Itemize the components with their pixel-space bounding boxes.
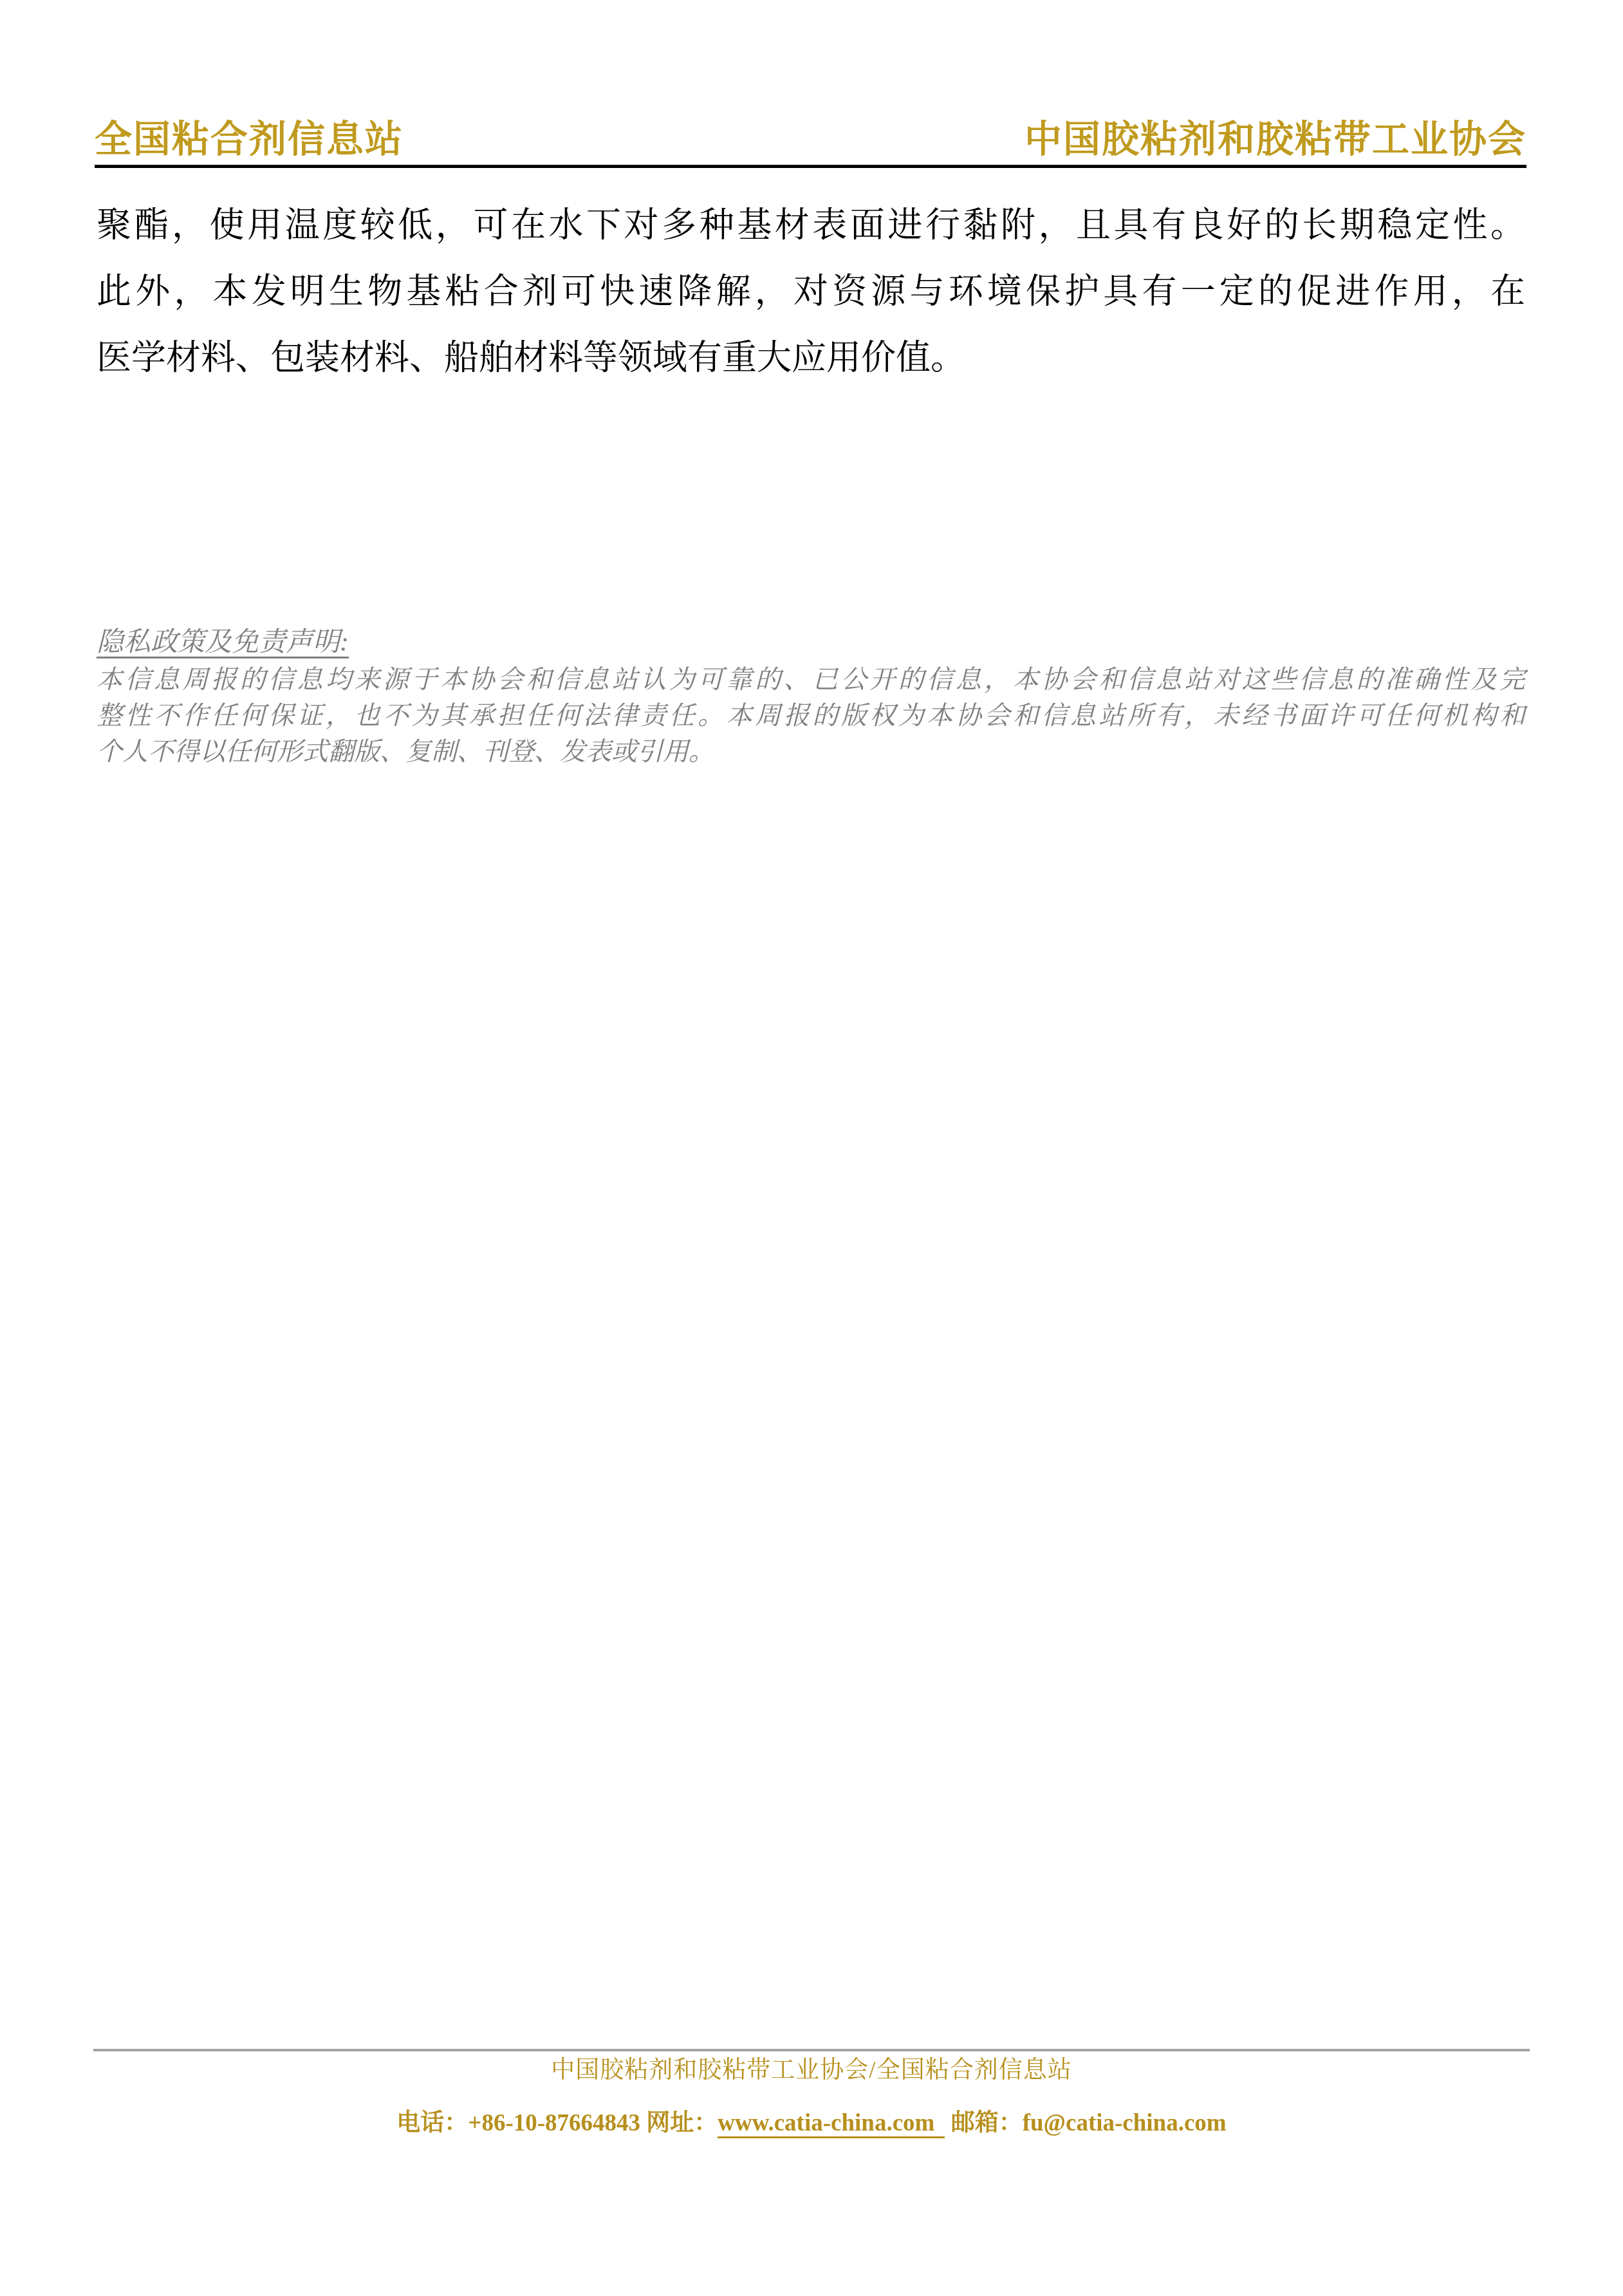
phone-number: +86-10-87664843 bbox=[468, 2110, 640, 2136]
site-name-title: 全国粘合剂信息站 bbox=[95, 118, 403, 161]
document-page: 全国粘合剂信息站 中国胶粘剂和胶粘带工业协会 聚酯，使用温度较低，可在水下对多种… bbox=[0, 0, 1623, 2296]
email-label: 邮箱： bbox=[951, 2110, 1023, 2136]
disclaimer-line-1: 本信息周报的信息均来源于本协会和信息站认为可靠的、已公开的信息，本协会和信息站对… bbox=[97, 662, 1525, 698]
body-paragraph-line-2: 此外，本发明生物基粘合剂可快速降解，对资源与环境保护具有一定的促进作用，在 bbox=[97, 259, 1525, 325]
footer-contact-line: 电话：+86-10-87664843 网址：www.catia-china.co… bbox=[0, 2107, 1623, 2140]
body-paragraph: 聚酯，使用温度较低，可在水下对多种基材表面进行黏附，且具有良好的长期稳定性。 此… bbox=[97, 192, 1525, 391]
website-label: 网址： bbox=[646, 2110, 718, 2136]
header-divider bbox=[95, 165, 1526, 168]
disclaimer-title: 隐私政策及免责声明: bbox=[97, 623, 1525, 662]
email-address: fu@catia-china.com bbox=[1023, 2110, 1227, 2136]
disclaimer-line-3: 个人不得以任何形式翻版、复制、刊登、发表或引用。 bbox=[97, 734, 1525, 770]
association-name-title: 中国胶粘剂和胶粘带工业协会 bbox=[1025, 118, 1526, 161]
footer-org-line: 中国胶粘剂和胶粘带工业协会/全国粘合剂信息站 bbox=[0, 2056, 1623, 2086]
body-paragraph-line-1: 聚酯，使用温度较低，可在水下对多种基材表面进行黏附，且具有良好的长期稳定性。 bbox=[97, 192, 1525, 259]
website-link[interactable]: www.catia-china.com bbox=[718, 2110, 945, 2138]
page-header: 全国粘合剂信息站 中国胶粘剂和胶粘带工业协会 bbox=[95, 118, 1526, 161]
body-paragraph-line-3: 医学材料、包装材料、船舶材料等领域有重大应用价值。 bbox=[97, 325, 1525, 391]
phone-label: 电话： bbox=[396, 2110, 468, 2136]
disclaimer-title-text: 隐私政策及免责声明: bbox=[97, 628, 349, 657]
disclaimer-line-2: 整性不作任何保证，也不为其承担任何法律责任。本周报的版权为本协会和信息站所有，未… bbox=[97, 698, 1525, 734]
disclaimer-section: 隐私政策及免责声明: 本信息周报的信息均来源于本协会和信息站认为可靠的、已公开的… bbox=[97, 623, 1525, 770]
footer-divider bbox=[93, 2049, 1530, 2051]
